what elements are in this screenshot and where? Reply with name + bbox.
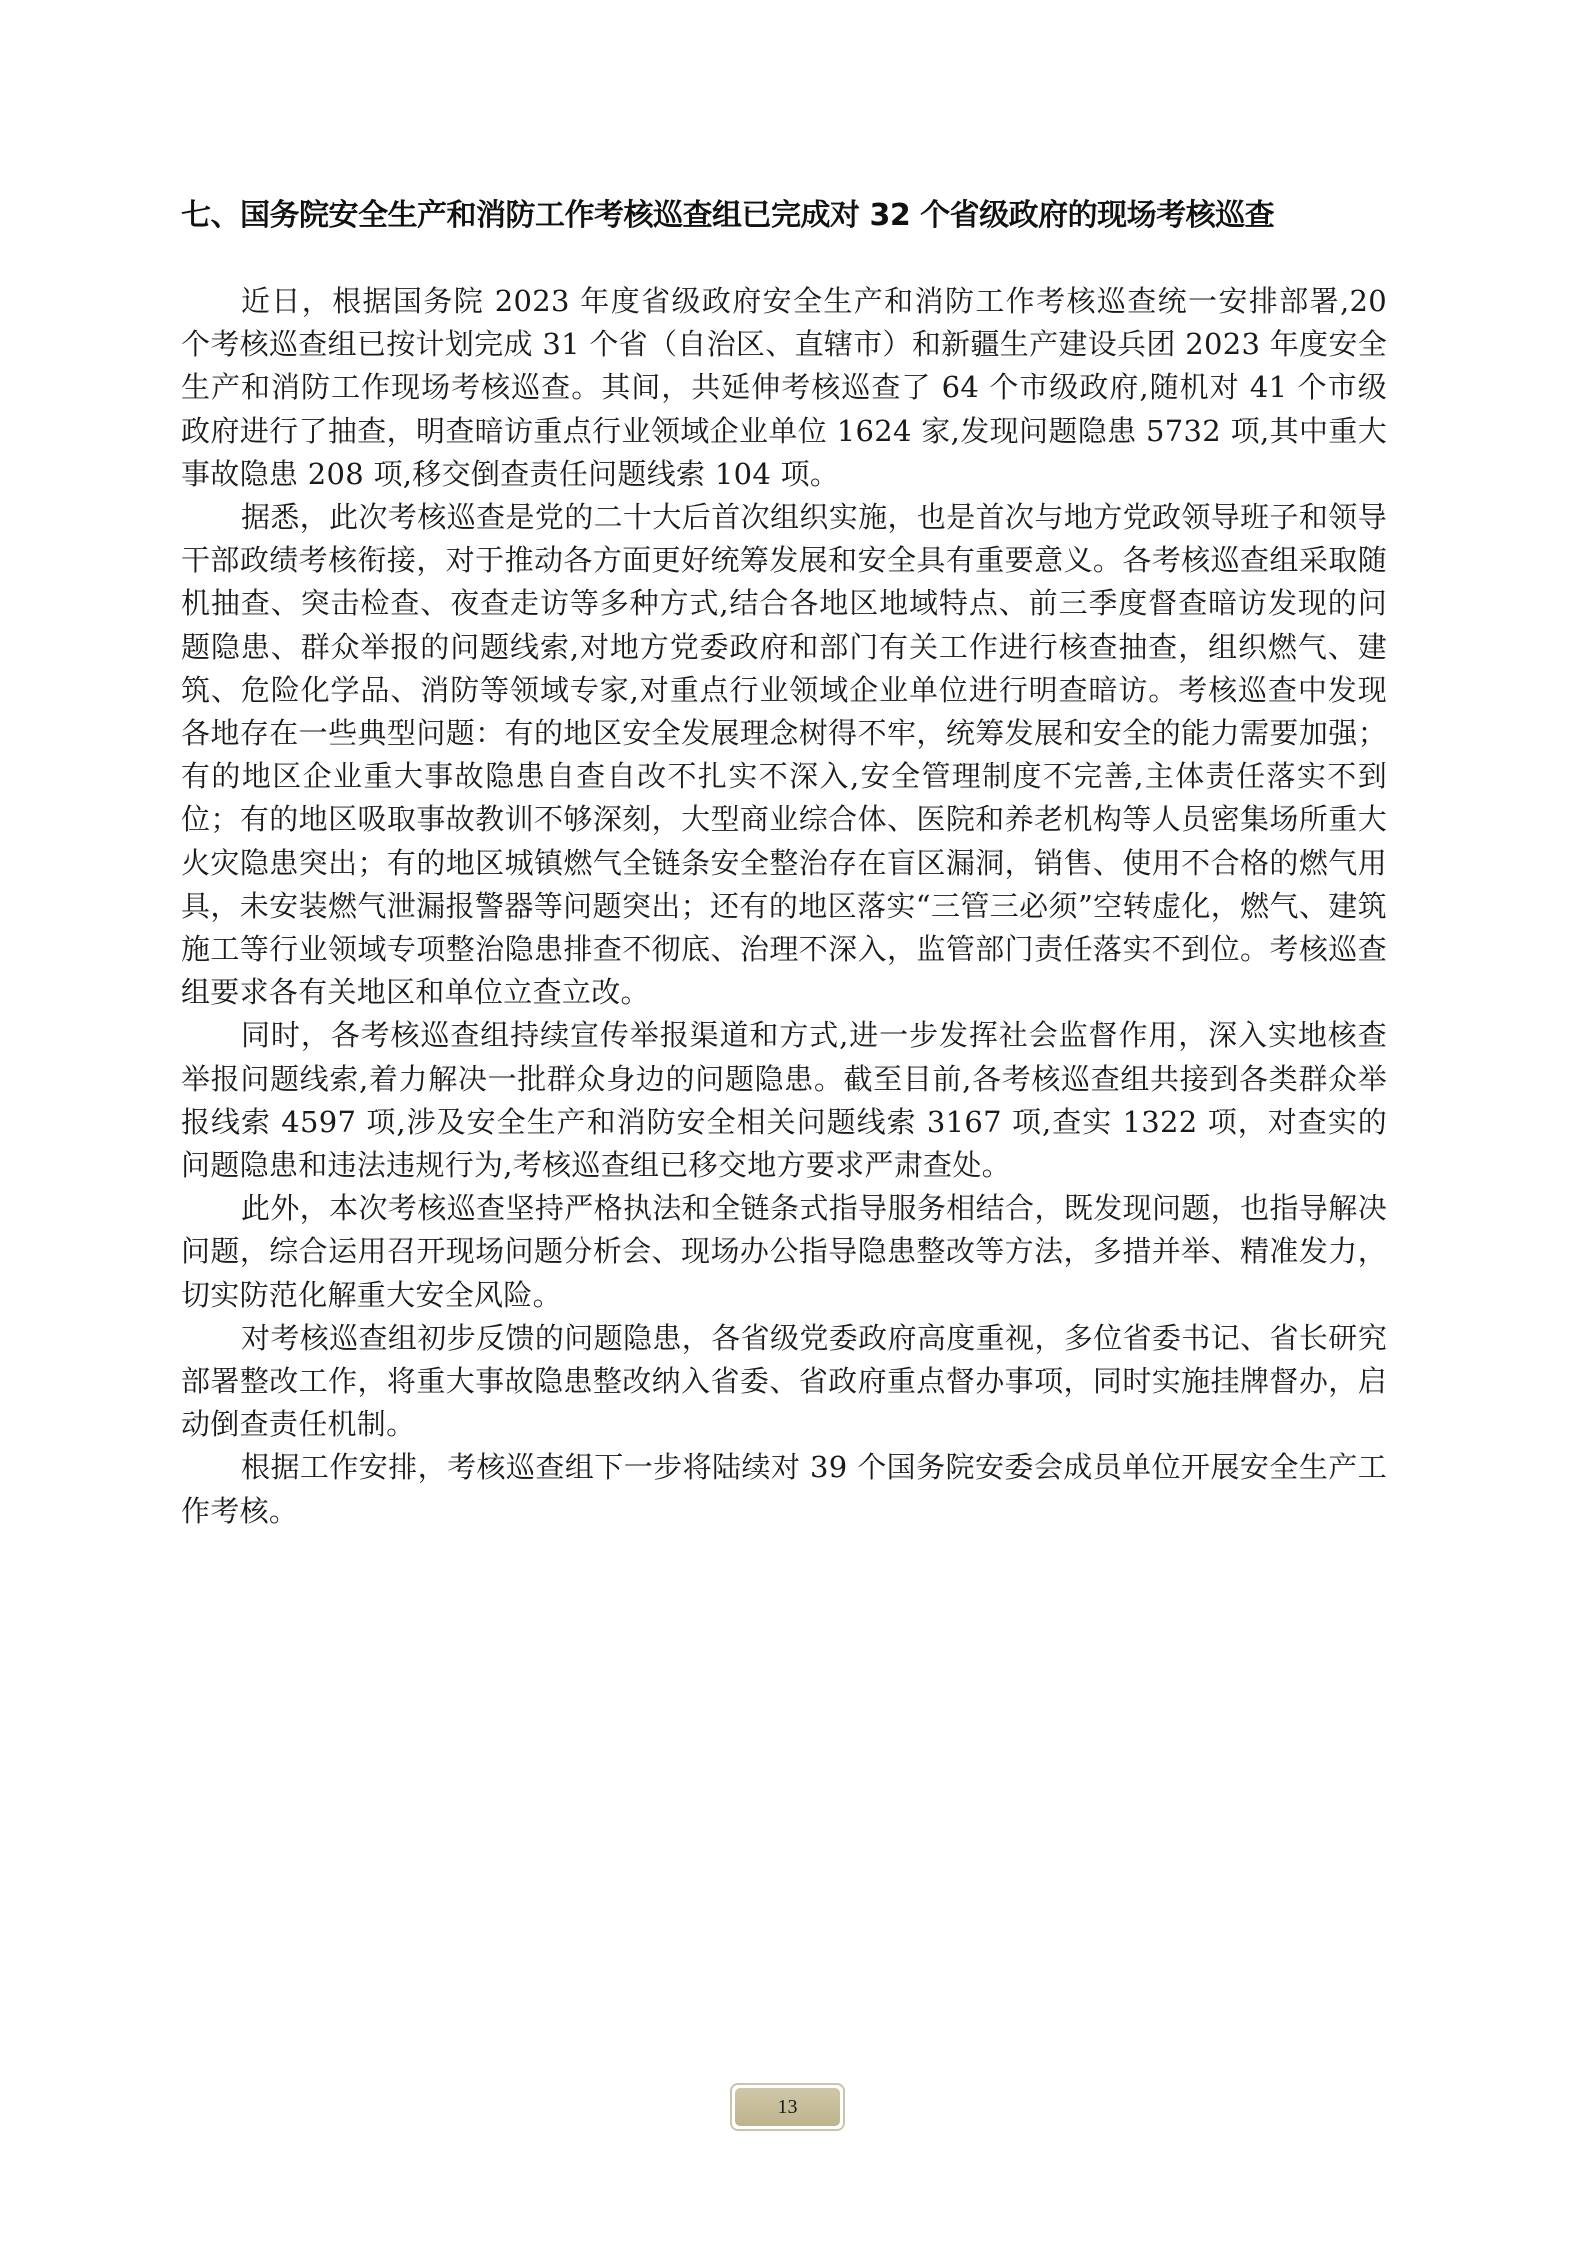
paragraph-provincial-response: 对考核巡查组初步反馈的问题隐患，各省级党委政府高度重视，多位省委书记、省长研究部… — [181, 1317, 1387, 1447]
paragraph-guidance-services: 此外，本次考核巡查坚持严格执法和全链条式指导服务相结合，既发现问题，也指导解决问… — [181, 1187, 1387, 1317]
paragraph-next-steps: 根据工作安排，考核巡查组下一步将陆续对 39 个国务院安委会成员单位开展安全生产… — [181, 1446, 1387, 1532]
paragraph-problems-found: 据悉，此次考核巡查是党的二十大后首次组织实施，也是首次与地方党政领导班子和领导干… — [181, 496, 1387, 1014]
paragraph-public-reports: 同时，各考核巡查组持续宣传举报渠道和方式,进一步发挥社会监督作用，深入实地核查举… — [181, 1014, 1387, 1187]
document-page: 七、国务院安全生产和消防工作考核巡查组已完成对 32 个省级政府的现场考核巡查 … — [0, 0, 1588, 2257]
article-content: 七、国务院安全生产和消防工作考核巡查组已完成对 32 个省级政府的现场考核巡查 … — [181, 196, 1387, 1533]
section-title: 七、国务院安全生产和消防工作考核巡查组已完成对 32 个省级政府的现场考核巡查 — [181, 196, 1387, 236]
paragraph-overview: 近日，根据国务院 2023 年度省级政府安全生产和消防工作考核巡查统一安排部署,… — [181, 280, 1387, 496]
page-number: 13 — [735, 2088, 840, 2126]
page-number-badge: 13 — [730, 2083, 845, 2131]
